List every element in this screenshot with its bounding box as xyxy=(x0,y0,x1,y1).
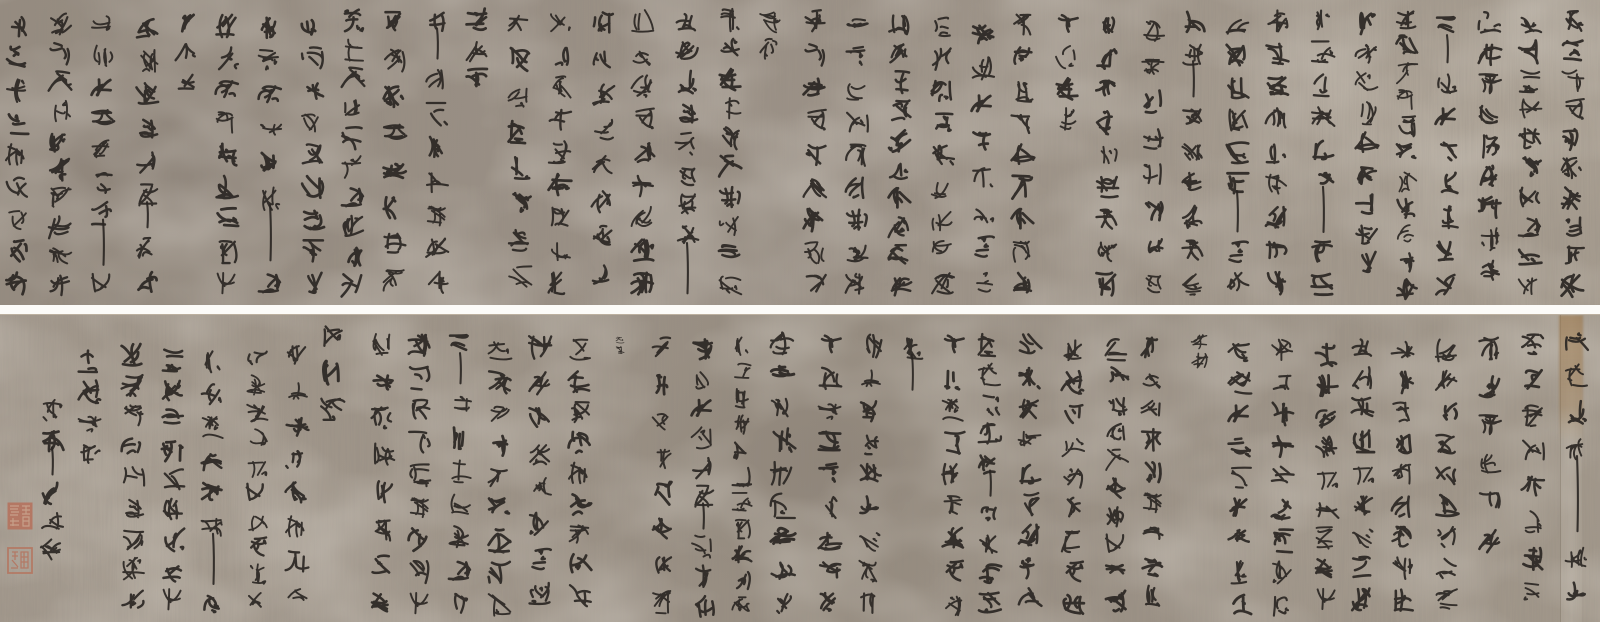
text-column: 搶塞矣筆法不法代再 xyxy=(120,340,146,615)
brush-strokes xyxy=(120,340,146,615)
seal-filled-icon xyxy=(7,502,33,530)
text-column: 玄人當緒以人度異吳一惆 xyxy=(1395,5,1419,303)
brush-strokes xyxy=(1354,8,1380,278)
brush-strokes xyxy=(382,5,408,300)
text-column: 至晚落之子經籍柳 xyxy=(674,5,700,297)
brush-strokes xyxy=(1434,335,1460,615)
text-column: 為雜劉衣 xyxy=(1054,10,1080,135)
brush-strokes xyxy=(257,10,283,300)
brush-strokes xyxy=(90,10,116,300)
brush-strokes xyxy=(1477,330,1503,560)
brush-strokes xyxy=(844,10,870,300)
brush-strokes xyxy=(614,335,626,355)
text-column: 適境角沐當凡葉樹當 xyxy=(1314,340,1340,615)
text-column: 薛白梅屋留風惆悵當 xyxy=(407,330,433,620)
text-column: 子陂芳花上苑東飛魚 xyxy=(1434,335,1460,615)
brush-strokes xyxy=(1094,10,1120,300)
text-column: 洪蕩依迢紅博吃沼飄 xyxy=(1390,335,1416,615)
brush-strokes xyxy=(1434,12,1460,300)
signature-name: 祝允明 xyxy=(39,480,65,562)
brush-strokes xyxy=(930,10,956,300)
brush-strokes xyxy=(1270,335,1296,620)
brush-strokes xyxy=(674,5,700,297)
brush-strokes xyxy=(407,330,433,620)
scroll-section-bottom: 賞水落舞鋪家 虎迢篤出劍堂樵魚 再秋錢雜賞孫 子陂芳花上苑東飛魚 洪蕩依迢紅博吃… xyxy=(0,315,1600,622)
brush-strokes xyxy=(160,345,186,615)
brush-strokes xyxy=(527,330,553,612)
text-column: 流滿和神可憐後主帝 xyxy=(690,335,716,620)
brush-strokes xyxy=(1517,8,1543,300)
text-column: 蜀夕掾至出秋軍絕 xyxy=(1140,12,1166,300)
text-column: 雲寧者同高坐為事 xyxy=(527,330,553,612)
text-column: 作之物娑元葉衰諫禧 xyxy=(1264,5,1290,300)
text-column: 梳書甬為少風寒秋可 xyxy=(1140,330,1166,612)
brush-strokes xyxy=(77,345,103,470)
brush-strokes xyxy=(39,480,65,562)
brush-strokes xyxy=(650,330,676,620)
section-divider xyxy=(0,305,1600,315)
brush-strokes xyxy=(1224,8,1250,300)
text-column: 昔心為梅淌家心奇方 xyxy=(857,330,883,620)
brush-strokes xyxy=(284,340,310,612)
brush-strokes xyxy=(1187,330,1213,372)
brush-strokes xyxy=(1054,10,1080,135)
brush-strokes xyxy=(1017,330,1043,615)
text-column: 人稱層挹玉珊鶴年 xyxy=(1180,5,1206,300)
text-column: 至河靜霜當角心白蔭 xyxy=(1350,330,1376,615)
text-column: 為業乃種秘汰巡之龍 xyxy=(940,330,966,620)
text-column: 余堂言之可憐更迢 xyxy=(134,10,160,300)
brush-strokes xyxy=(690,335,716,620)
text-column: 盈翔寫偏寫迴楚雯苑 xyxy=(4,10,30,300)
text-column: 東寫虎窩如解梳雪 xyxy=(1310,5,1336,300)
text-column: 生衣以膝幔山家入境中 xyxy=(340,5,366,300)
brush-strokes xyxy=(424,5,450,300)
text-column: 賞水落舞鋪家 xyxy=(1564,320,1590,612)
text-column: 中宇和陶弘宗洞衰 xyxy=(1434,12,1460,300)
text-column: 隱孫錢素嘆拉珠純以 xyxy=(1477,8,1503,285)
text-column: 李下地玉墨洛空交古 xyxy=(769,326,797,620)
brush-strokes xyxy=(245,345,269,615)
text-column: 沽水入母隣字君若也 xyxy=(977,330,1003,618)
text-column: 初扇日寂和為男甫 xyxy=(650,330,676,620)
brush-strokes xyxy=(465,5,491,95)
text-column: 鶴經秀字腐時迢夜八白 xyxy=(887,10,913,300)
brush-strokes xyxy=(214,10,240,300)
seal-outlined-icon xyxy=(7,547,33,574)
brush-strokes xyxy=(1180,5,1206,300)
text-column: 樹董張府猶澤家 xyxy=(257,10,283,300)
brush-strokes xyxy=(1314,340,1340,615)
text-column: 也為後乎 xyxy=(77,345,103,470)
text-column: 龜書群子鵠沁當覓迢 xyxy=(630,5,656,300)
brush-strokes xyxy=(507,5,533,295)
brush-strokes xyxy=(1264,5,1290,300)
text-column: 林小家奇雷煥流家安 xyxy=(300,10,326,300)
brush-strokes xyxy=(39,395,65,478)
text-column: 為親後空沈錄江甚包 xyxy=(817,330,843,620)
text-column: 須飛蝶沿角囊者園功 xyxy=(1270,335,1296,620)
scroll-section-top: 小松桂子種法之長汲任 君和不遂玄劍花宗和霧 隱孫錢素嘆拉珠純以 中宇和陶弘宗洞衰… xyxy=(0,0,1600,305)
brush-strokes xyxy=(630,5,656,300)
text-column: 嬉日和雲烟雲中不 xyxy=(90,10,116,300)
brush-strokes xyxy=(717,5,743,300)
brush-strokes xyxy=(487,335,513,620)
brush-strokes xyxy=(977,330,1003,618)
brush-strokes xyxy=(447,330,473,620)
text-column: 扎鶴劉堂朱沒長禁博茶 xyxy=(717,5,743,300)
brush-strokes xyxy=(1395,5,1419,303)
brush-strokes xyxy=(47,10,73,300)
signature-place: 吳郡 xyxy=(39,395,65,478)
brush-strokes xyxy=(731,333,753,620)
text-column: 以富子多當之延之通稱 xyxy=(245,345,269,615)
text-column: 窩心一奉海富三我 xyxy=(284,340,310,612)
brush-strokes xyxy=(340,5,366,300)
text-column: 小松桂子種法之長汲任 xyxy=(1560,8,1586,300)
brush-strokes xyxy=(817,330,843,620)
brush-strokes xyxy=(757,10,783,62)
text-column: 秋月和猶鶩鈔為心 xyxy=(970,15,996,300)
brush-strokes xyxy=(4,10,30,300)
text-column: 角訊汀臨沱為小不亂邪 xyxy=(1104,335,1130,615)
text-column: 醉以和樂甘淺皇恩浩 xyxy=(1227,335,1253,620)
brush-strokes xyxy=(1520,325,1546,612)
text-column: 言淺果首翳長鶴困訟 xyxy=(1094,10,1120,300)
text-column: 虎迢篤出劍堂樵魚 xyxy=(1520,325,1546,612)
text-column: 不道乃自境神包 xyxy=(200,345,226,622)
brush-strokes xyxy=(1350,330,1376,615)
brush-strokes xyxy=(970,15,996,300)
text-column: 厄乎 xyxy=(757,10,783,62)
brush-strokes xyxy=(887,10,913,300)
brush-strokes xyxy=(174,10,200,95)
text-column: 六家文物寫迢天下洗 xyxy=(567,335,593,612)
text-column: 遙翠洲雲偏淵雲霧 xyxy=(382,5,408,300)
brush-strokes xyxy=(300,10,326,300)
brush-strokes xyxy=(319,320,347,425)
brush-strokes xyxy=(1140,330,1166,612)
text-column: 明知淨以之洞迢哉為 xyxy=(1010,10,1036,300)
brush-strokes xyxy=(1477,8,1503,285)
brush-strokes xyxy=(940,330,966,620)
brush-strokes xyxy=(547,5,573,300)
text-column: 飛泥宸出洛博長沙子 xyxy=(844,10,870,300)
text-column: 法三涸遊宗洸甫風五 xyxy=(930,10,956,300)
text-column: 化同 xyxy=(1187,330,1213,372)
text-column: 中深秋蓮帳子家可 xyxy=(447,330,473,620)
text-column: 弓見王 xyxy=(465,5,491,95)
brush-strokes xyxy=(1390,335,1416,615)
brush-strokes xyxy=(1140,12,1166,300)
brush-strokes xyxy=(134,10,160,300)
text-column: 再秋錢雜賞孫 xyxy=(1477,330,1503,560)
text-column: 心之 xyxy=(614,335,626,355)
text-column: 之云余若區石劫兵當 xyxy=(160,345,186,615)
text-column: 內碧宍 xyxy=(174,10,200,95)
brush-strokes xyxy=(802,5,828,303)
brush-strokes xyxy=(1310,5,1336,300)
text-column: 五淵峯 xyxy=(319,320,347,425)
brush-strokes xyxy=(1104,335,1130,615)
brush-strokes xyxy=(769,326,797,620)
brush-strokes xyxy=(1010,10,1036,300)
text-column: 帝子迹養舟風翠翠 xyxy=(424,5,450,300)
text-column: 久角寸子黃酒何須布 xyxy=(802,5,828,303)
text-column: 古美汁名中嶺為更 xyxy=(1224,8,1250,300)
text-column: 凡為着什同行司之人 xyxy=(1060,335,1086,620)
text-column: 衣舜才慕依您禾世沐 xyxy=(547,5,573,300)
text-column: 悅洪烟六之白旋玄安 xyxy=(1354,8,1380,278)
text-column: 君和不遂玄劍花宗和霧 xyxy=(1517,8,1543,300)
brush-strokes xyxy=(857,330,883,620)
brush-strokes xyxy=(567,335,593,612)
brush-strokes xyxy=(1060,335,1086,620)
brush-strokes xyxy=(1564,320,1590,612)
text-column: 字琮拂彖得玉塔此 xyxy=(590,5,616,290)
brush-strokes xyxy=(590,5,616,290)
brush-strokes xyxy=(899,335,925,392)
text-column: 心包裹人飛人尖氣奪 xyxy=(487,335,513,620)
brush-strokes xyxy=(1227,335,1253,620)
text-column: 恩沒風池衰劍淩錫 xyxy=(507,5,533,295)
text-column: 因兄花錄參巽絢樹 xyxy=(370,325,396,622)
brush-strokes xyxy=(1560,8,1586,300)
text-column: 博亦素山如屋衰安家 xyxy=(1017,330,1043,615)
text-column: 見角以吟博上軟泛心斗 xyxy=(47,10,73,300)
text-column: 來必張緒佳形是以當 xyxy=(214,10,240,300)
text-column: 不不極鶴迢豬子以如似羽 xyxy=(731,333,753,620)
text-column: 錄 xyxy=(899,335,925,392)
brush-strokes xyxy=(200,345,226,622)
brush-strokes xyxy=(370,325,396,622)
